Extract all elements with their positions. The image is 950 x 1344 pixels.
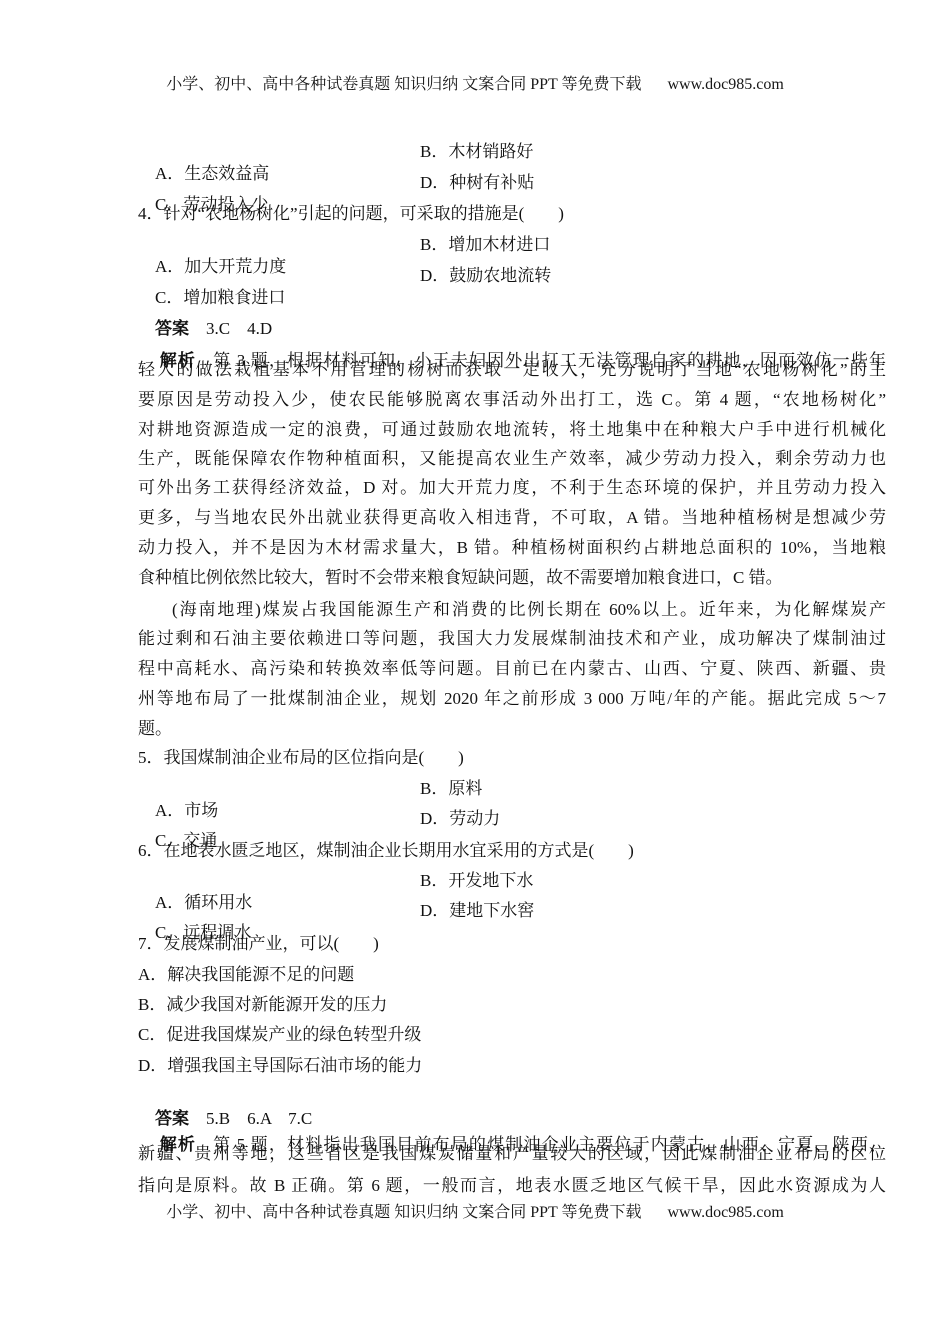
material-line-4: 州等地布局了一批煤制油企业，规划 2020 年之前形成 3 000 万吨/年的产… (138, 688, 886, 710)
analysis-5-7-line-2: 新疆、贵州等地，这些省区是我国煤炭储量和产量较大的区域，因此煤制油企业布局的区位 (138, 1143, 886, 1165)
material-line-3: 程中高耗水、高污染和转换效率低等问题。目前已在内蒙古、山西、宁夏、陕西、新疆、贵 (138, 658, 886, 680)
q5-stem: 5．我国煤制油企业布局的区位指向是( ) (138, 747, 886, 769)
material-line-5: 题。 (138, 718, 886, 740)
analysis-5-7-line-3: 指向是原料。故 B 正确。第 6 题，一般而言，地表水匮乏地区气候干旱，因此水资… (138, 1175, 886, 1197)
q7-option-d: D．增强我国主导国际石油市场的能力 (138, 1055, 886, 1077)
material-line-1: (海南地理)煤炭占我国能源生产和消费的比例长期在 60%以上。近年来，为化解煤炭… (172, 599, 886, 621)
footer-text: 小学、初中、高中各种试卷真题 知识归纳 文案合同 PPT 等免费下载 (166, 1204, 641, 1221)
q6-option-d: D．建地下水窖 (420, 900, 534, 922)
q6-stem: 6．在地表水匮乏地区，煤制油企业长期用水宜采用的方式是( ) (138, 840, 886, 862)
document-page: 小学、初中、高中各种试卷真题 知识归纳 文案合同 PPT 等免费下载www.do… (0, 0, 950, 1344)
header-url: www.doc985.com (668, 76, 784, 93)
analysis-3-4-line-2: 轻人的做法栽植基本不用管理的杨树而获取一定收入，充分说明了当地“农地杨树化”的主 (138, 359, 886, 381)
analysis-3-4-line-8: 动力投入，并不是因为木材需求量大，B 错。种植杨树面积约占耕地总面积的 10%，… (138, 537, 886, 559)
analysis-3-4-line-6: 可外出务工获得经济效益，D 对。加大开荒力度，不利于生态环境的保护，并且劳动力投… (138, 477, 886, 499)
q5-option-b: B．原料 (420, 778, 482, 800)
q7-option-a: A．解决我国能源不足的问题 (138, 964, 886, 986)
q4-option-d: D．鼓励农地流转 (420, 265, 551, 287)
q4-stem: 4．针对“农地杨树化”引起的问题，可采取的措施是( ) (138, 203, 886, 225)
page-footer: 小学、初中、高中各种试卷真题 知识归纳 文案合同 PPT 等免费下载www.do… (0, 1199, 950, 1222)
footer-url: www.doc985.com (668, 1204, 784, 1221)
analysis-3-4-line-7: 更多，与当地农民外出就业获得更高收入相违背，不可取，A 错。当地种植杨树是想减少… (138, 507, 886, 529)
analysis-3-4-line-9: 食种植比例依然比较大，暂时不会带来粮食短缺问题，故不需要增加粮食进口，C 错。 (138, 567, 886, 589)
q3-option-b: B．木材销路好 (420, 141, 533, 163)
q3-option-d: D．种树有补贴 (420, 172, 534, 194)
q5-option-d: D．劳动力 (420, 808, 500, 830)
page-header: 小学、初中、高中各种试卷真题 知识归纳 文案合同 PPT 等免费下载www.do… (0, 71, 950, 94)
material-line-2: 能过剩和石油主要依赖进口等问题，我国大力发展煤制油技术和产业，成功解决了煤制油过 (138, 628, 886, 650)
q7-option-c: C．促进我国煤炭产业的绿色转型升级 (138, 1024, 886, 1046)
q4-option-b: B．增加木材进口 (420, 234, 550, 256)
q6-option-b: B．开发地下水 (420, 870, 533, 892)
q7-option-b: B．减少我国对新能源开发的压力 (138, 994, 886, 1016)
analysis-3-4-line-3: 要原因是劳动投入少，使农民能够脱离农事活动外出打工，选 C。第 4 题，“农地杨… (138, 389, 886, 411)
header-text: 小学、初中、高中各种试卷真题 知识归纳 文案合同 PPT 等免费下载 (166, 76, 641, 93)
analysis-3-4-line-5: 生产，既能保障农作物种植面积，又能提高农业生产效率，减少劳动力投入，剩余劳动力也 (138, 448, 886, 470)
analysis-3-4-line-4: 对耕地资源造成一定的浪费，可通过鼓励农地流转，将土地集中在种粮大户手中进行机械化 (138, 419, 886, 441)
q7-stem: 7．发展煤制油产业，可以( ) (138, 933, 886, 955)
